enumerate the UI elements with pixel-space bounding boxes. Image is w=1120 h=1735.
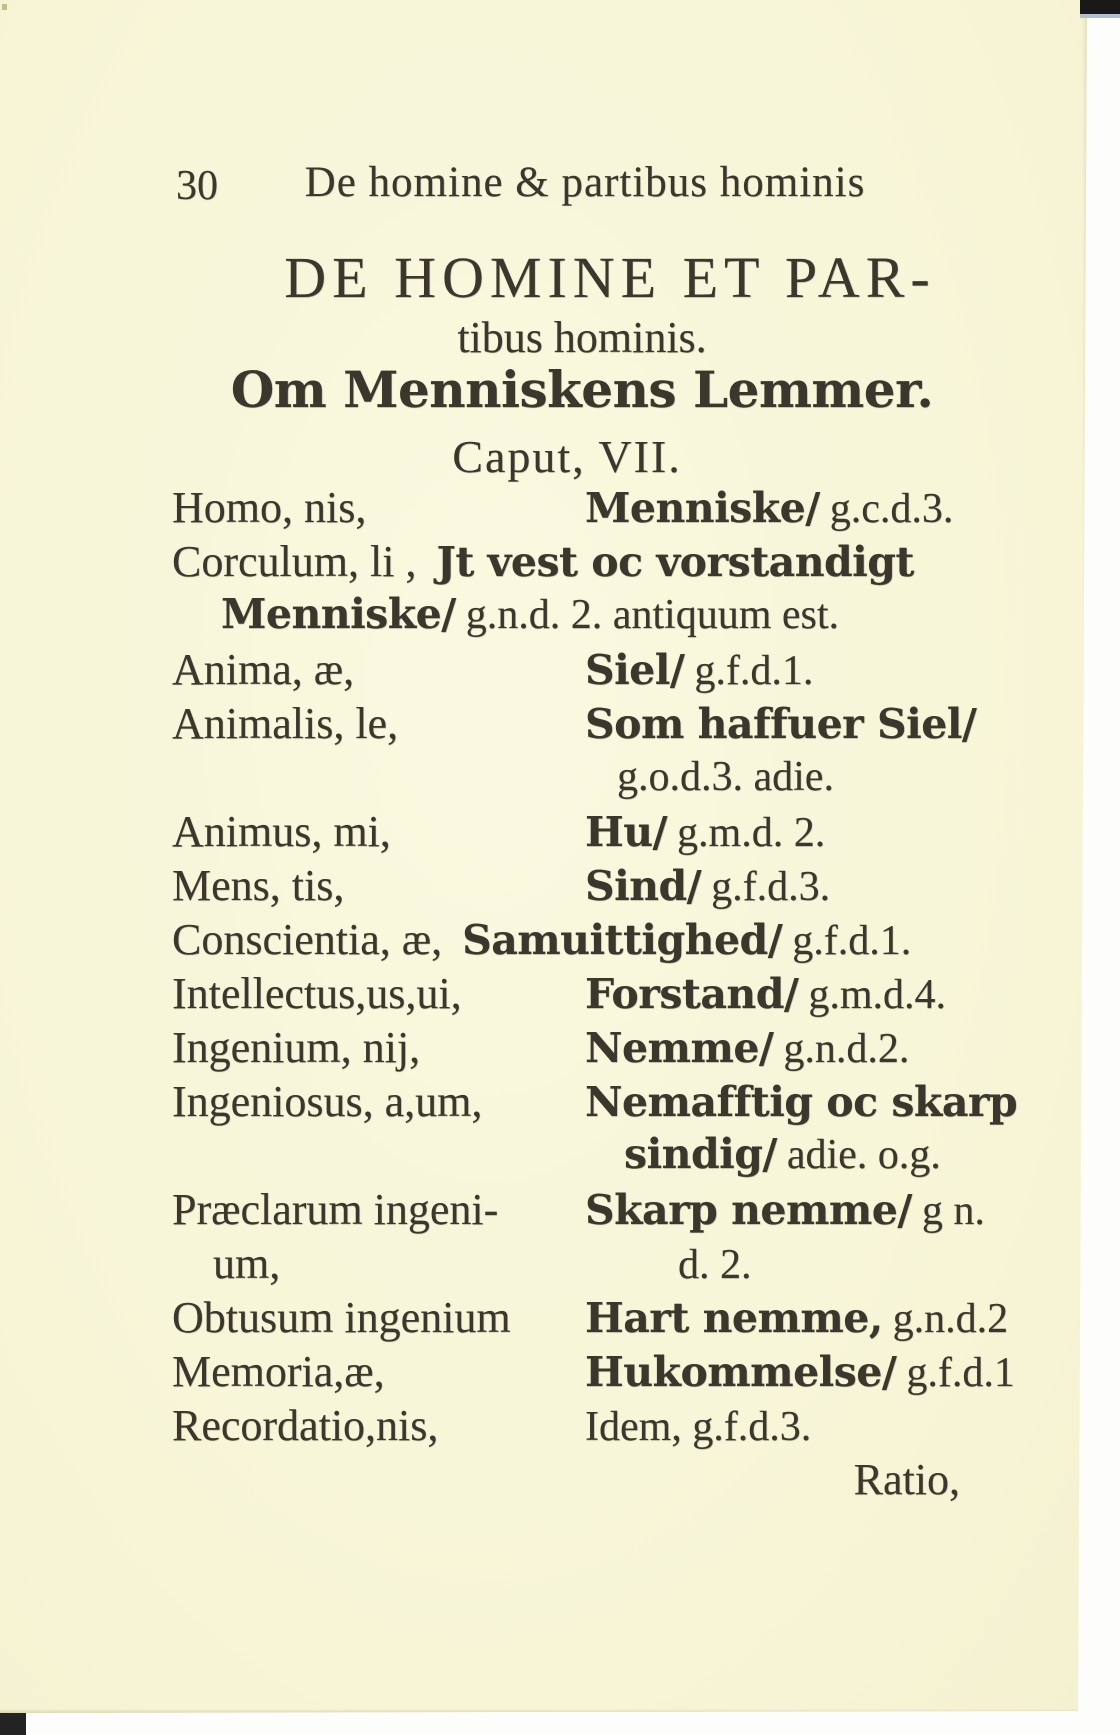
catchword: Ratio, bbox=[854, 1454, 960, 1505]
page-number: 30 bbox=[176, 162, 218, 210]
entry-row: Recordatio,nis, Idem, g.f.d.3. bbox=[172, 1400, 964, 1454]
danish-gloss: Siel/ bbox=[585, 646, 684, 694]
grammar-abbreviation: g.o.d.3. adie. bbox=[617, 754, 834, 800]
entry-row: Præclarum ingeni- Skarp nemme/g n. bbox=[172, 1184, 964, 1238]
danish-gloss: Hu/ bbox=[585, 808, 667, 856]
gloss: Jt vest oc vorstandigt bbox=[436, 538, 923, 587]
grammar-abbreviation: g.m.d.4. bbox=[808, 972, 946, 1018]
latin-lemma: Corculum, li , bbox=[172, 536, 436, 587]
latin-lemma: Conscientia, æ, bbox=[172, 914, 462, 965]
gloss: Hart nemme,g.n.d.2 bbox=[585, 1294, 1008, 1343]
entry-row: Ingeniosus, a,um, Nemafftig oc skarp bbox=[172, 1076, 964, 1130]
grammar-abbreviation: d. 2. bbox=[678, 1242, 752, 1288]
grammar-abbreviation: g.c.d.3. bbox=[830, 486, 954, 532]
scan-artifact-bottom-left bbox=[0, 1713, 26, 1735]
entry-row: Ingenium, nij, Nemme/g.n.d.2. bbox=[172, 1022, 964, 1076]
danish-gloss: Nemme/ bbox=[585, 1024, 773, 1072]
danish-gloss: Jt vest oc vorstandigt bbox=[436, 538, 913, 586]
danish-gloss: Hart nemme, bbox=[585, 1294, 883, 1342]
grammar-abbreviation: adie. o.g. bbox=[787, 1132, 941, 1178]
entry-continuation-row: um, d. 2. bbox=[172, 1238, 964, 1292]
latin-lemma: Homo, nis, bbox=[172, 482, 585, 533]
gloss: Forstand/g.m.d.4. bbox=[585, 970, 946, 1019]
grammar-abbreviation: Idem, g.f.d.3. bbox=[585, 1404, 811, 1450]
gloss: d. 2. bbox=[678, 1240, 752, 1289]
entry-continuation-row: Menniske/g.n.d. 2. antiquum est. bbox=[172, 590, 964, 644]
danish-gloss: Menniske/ bbox=[585, 484, 820, 532]
gloss: Menniske/g.c.d.3. bbox=[585, 484, 953, 533]
latin-lemma: Animalis, le, bbox=[172, 698, 585, 749]
danish-gloss: Nemafftig oc skarp bbox=[585, 1078, 1017, 1126]
grammar-abbreviation: g.f.d.1. bbox=[694, 648, 813, 694]
gloss: Sind/g.f.d.3. bbox=[585, 862, 830, 911]
running-title: De homine & partibus hominis bbox=[230, 158, 940, 207]
scan-canvas: 30 De homine & partibus hominis DE HOMIN… bbox=[0, 0, 1120, 1735]
entry-row: Animalis, le, Som haffuer Siel/ bbox=[172, 698, 964, 752]
danish-gloss: Skarp nemme/ bbox=[585, 1186, 912, 1234]
gloss: Samuittighed/g.f.d.1. bbox=[462, 916, 911, 965]
gloss: Nemme/g.n.d.2. bbox=[585, 1024, 909, 1073]
danish-gloss: Som haffuer Siel/ bbox=[585, 700, 976, 748]
entry-row: Obtusum ingenium Hart nemme,g.n.d.2 bbox=[172, 1292, 964, 1346]
grammar-abbreviation: g n. bbox=[922, 1188, 985, 1234]
grammar-abbreviation: g.f.d.1 bbox=[906, 1350, 1015, 1396]
gloss: Nemafftig oc skarp bbox=[585, 1078, 1027, 1127]
gloss: Siel/g.f.d.1. bbox=[585, 646, 813, 695]
latin-lemma: Ingenium, nij, bbox=[172, 1022, 585, 1073]
entry-row: Corculum, li , Jt vest oc vorstandigt bbox=[172, 536, 964, 590]
gloss: Skarp nemme/g n. bbox=[585, 1186, 985, 1235]
gloss: Menniske/g.n.d. 2. antiquum est. bbox=[221, 590, 839, 639]
danish-gloss: Samuittighed/ bbox=[462, 916, 782, 964]
entry-row: Animus, mi, Hu/g.m.d. 2. bbox=[172, 806, 964, 860]
entry-row: Conscientia, æ, Samuittighed/g.f.d.1. bbox=[172, 914, 964, 968]
gloss: sindig/adie. o.g. bbox=[624, 1130, 941, 1179]
latin-lemma: Mens, tis, bbox=[172, 860, 585, 911]
chapter-title-latin-continued: tibus hominis. bbox=[172, 312, 992, 363]
grammar-abbreviation: g.m.d. 2. bbox=[677, 810, 825, 856]
dictionary-entries: Homo, nis, Menniske/g.c.d.3. Corculum, l… bbox=[172, 482, 964, 1508]
book-page: 30 De homine & partibus hominis DE HOMIN… bbox=[0, 0, 1087, 1713]
entry-row: Memoria,æ, Hukommelse/g.f.d.1 bbox=[172, 1346, 964, 1400]
gloss: Idem, g.f.d.3. bbox=[585, 1402, 811, 1451]
latin-lemma: um, bbox=[172, 1238, 626, 1289]
entry-row: Intellectus,us,ui, Forstand/g.m.d.4. bbox=[172, 968, 964, 1022]
gloss: g.o.d.3. adie. bbox=[617, 752, 834, 801]
grammar-abbreviation: g.n.d.2. bbox=[783, 1026, 909, 1072]
latin-lemma: Recordatio,nis, bbox=[172, 1400, 585, 1451]
danish-gloss: Sind/ bbox=[585, 862, 701, 910]
latin-lemma: Animus, mi, bbox=[172, 806, 585, 857]
latin-lemma: Intellectus,us,ui, bbox=[172, 968, 585, 1019]
chapter-title-danish: Om Menniskens Lemmer. bbox=[172, 360, 992, 419]
gloss: Hu/g.m.d. 2. bbox=[585, 808, 825, 857]
latin-lemma: Obtusum ingenium bbox=[172, 1292, 585, 1343]
danish-gloss: Hukommelse/ bbox=[585, 1348, 896, 1396]
scanner-blue-line bbox=[1080, 14, 1120, 18]
danish-gloss: sindig/ bbox=[624, 1130, 777, 1178]
chapter-title-latin: DE HOMINE ET PAR- bbox=[180, 244, 1040, 311]
danish-gloss: Menniske/ bbox=[221, 590, 456, 638]
entry-row: Mens, tis, Sind/g.f.d.3. bbox=[172, 860, 964, 914]
entry-row: Anima, æ, Siel/g.f.d.1. bbox=[172, 644, 964, 698]
catchword-row: Ratio, bbox=[172, 1454, 964, 1508]
latin-lemma: Anima, æ, bbox=[172, 644, 585, 695]
grammar-abbreviation: g.n.d.2 bbox=[893, 1296, 1009, 1342]
grammar-abbreviation: g.f.d.3. bbox=[711, 864, 830, 910]
chapter-number: Caput, VII. bbox=[172, 430, 962, 483]
grammar-abbreviation: g.n.d. 2. antiquum est. bbox=[466, 592, 839, 638]
scan-artifact-top-right bbox=[1080, 0, 1120, 14]
latin-lemma: Ingeniosus, a,um, bbox=[172, 1076, 585, 1127]
grammar-abbreviation: g.f.d.1. bbox=[792, 918, 911, 964]
gloss: Som haffuer Siel/ bbox=[585, 700, 986, 749]
entry-continuation-row: sindig/adie. o.g. bbox=[172, 1130, 964, 1184]
scan-speck-top-left bbox=[2, 4, 7, 10]
gloss: Hukommelse/g.f.d.1 bbox=[585, 1348, 1015, 1397]
entry-row: Homo, nis, Menniske/g.c.d.3. bbox=[172, 482, 964, 536]
entry-continuation-row: g.o.d.3. adie. bbox=[172, 752, 964, 806]
latin-lemma: Memoria,æ, bbox=[172, 1346, 585, 1397]
latin-lemma: Præclarum ingeni- bbox=[172, 1184, 585, 1235]
danish-gloss: Forstand/ bbox=[585, 970, 798, 1018]
